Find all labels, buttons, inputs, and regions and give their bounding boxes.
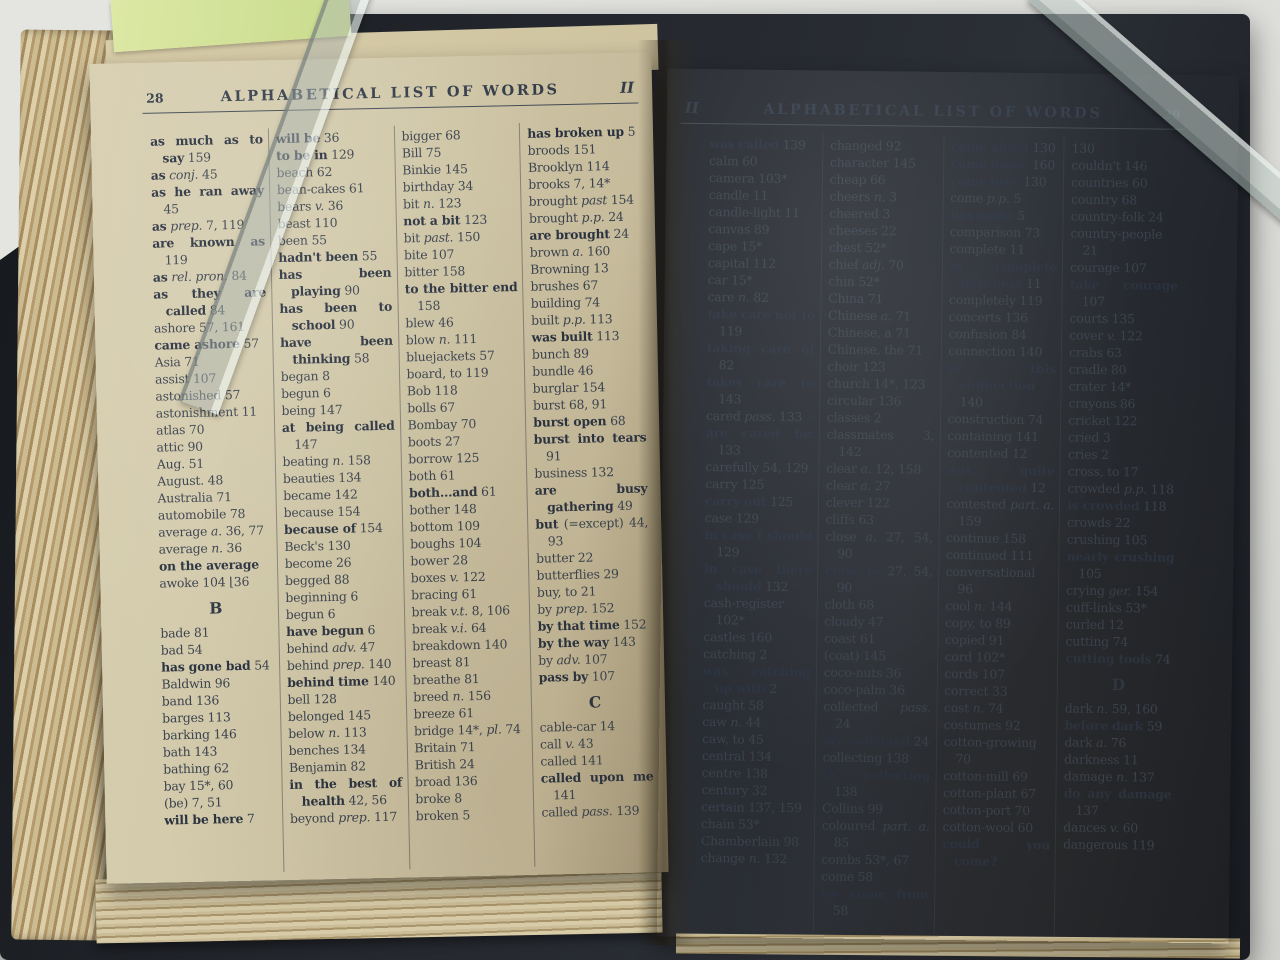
word-entry: calm 60: [709, 152, 817, 170]
word-entry: nearly crushing 105: [1066, 547, 1174, 582]
word-entry: could you come?: [942, 835, 1050, 870]
word-entry: behind time 140: [287, 672, 400, 691]
word-entry: cotton-wool 60: [942, 818, 1050, 836]
word-entry: on the average: [159, 555, 272, 574]
word-entry: damage n. 137: [1064, 767, 1172, 785]
word-entry: we come from 58: [821, 884, 929, 919]
word-entry: takes care to 143: [706, 373, 814, 408]
word-entry: called pass. 139: [541, 801, 654, 820]
word-entry: caught 58: [702, 696, 810, 714]
word-entry: come 58: [821, 867, 929, 885]
word-entry: dangerous 119: [1063, 835, 1171, 853]
word-entry: cared pass. 133: [706, 407, 814, 425]
word-entry: cotton-plant 67: [943, 784, 1051, 802]
word-entry: camera 103*: [709, 169, 817, 187]
word-entry: country-folk 24: [1071, 207, 1179, 225]
word-entry: circular 136: [827, 392, 935, 410]
word-entry: dark n. 59, 160: [1065, 699, 1173, 717]
left-page-columns: as much as to say 159as conj. 45as he ra…: [143, 120, 660, 874]
word-entry: copy, to 89: [945, 614, 1053, 632]
word-entry: church 14*, 123: [827, 375, 935, 393]
word-entry: character 145: [830, 154, 938, 172]
word-column: changed 92character 145cheap 66cheers n.…: [814, 134, 944, 933]
word-entry: but (=except) 44, 93: [535, 513, 648, 549]
word-entry: crayons 86: [1068, 394, 1176, 412]
word-entry: Chinese, the 71: [828, 341, 936, 359]
word-entry: awoke 104 ⌊36: [159, 572, 272, 591]
section-header: C: [539, 688, 652, 716]
word-entry: countries 60: [1071, 173, 1179, 191]
word-column: has broken up 5broods 151Brooklyn 114bro…: [520, 120, 660, 866]
word-entry: China 71: [828, 290, 936, 308]
word-entry: cotton-port 70: [943, 801, 1051, 819]
word-entry: was catching up with 2: [703, 662, 811, 697]
word-entry: construction 74: [947, 410, 1055, 428]
word-entry: cotton-mill 69: [943, 767, 1051, 785]
word-entry: century 32: [701, 781, 809, 799]
word-entry: because of 154: [284, 519, 397, 538]
word-entry: crater 14*: [1069, 377, 1177, 395]
word-entry: couldn't 146: [1071, 156, 1179, 174]
section-header: B: [160, 594, 273, 622]
word-entry: close a. 27, 54, 90: [825, 528, 933, 563]
word-entry: take courage 107: [1070, 275, 1178, 310]
word-entry: certain 137, 159: [701, 798, 809, 816]
word-entry: comparison 73: [950, 223, 1058, 241]
word-entry: cries 2: [1068, 445, 1176, 463]
word-entry: cords 107: [944, 665, 1052, 683]
word-entry: crowds 22: [1067, 513, 1175, 531]
word-entry: as much as to say 159: [150, 130, 263, 166]
left-part-numeral: II: [578, 79, 634, 98]
word-entry: in this connection 140: [948, 359, 1056, 411]
word-entry: change n. 132: [701, 849, 809, 867]
word-entry: courts 135: [1069, 309, 1177, 327]
word-entry: carefully 54, 129: [705, 458, 813, 476]
word-entry: cuff-links 53*: [1066, 598, 1174, 616]
word-entry: cloudy 47: [824, 612, 932, 630]
word-entry: castles 160: [703, 628, 811, 646]
word-entry: coast 61: [824, 629, 932, 647]
word-entry: come home 160: [951, 155, 1059, 173]
word-entry: candle 11: [709, 186, 817, 204]
word-entry: carry 125: [705, 475, 813, 493]
word-entry: are collected 24: [823, 731, 931, 749]
word-entry: taking care of 82: [707, 339, 815, 374]
word-entry: capital 112: [708, 254, 816, 272]
word-entry: cheeses 22: [829, 222, 937, 240]
word-entry: cliffs 63: [825, 511, 933, 529]
word-entry: coloured part. a. 85: [822, 816, 930, 851]
word-entry: are brought 24: [529, 224, 642, 243]
word-column: was called 139calm 60camera 103*candle 1…: [693, 133, 823, 932]
right-page: II ALPHABETICAL LIST OF WORDS 29 was cal…: [657, 69, 1240, 944]
word-entry: cheers n. 3: [829, 188, 937, 206]
word-entry: do any damage 137: [1063, 784, 1171, 819]
word-entry: have been thinking 58: [280, 332, 393, 368]
word-entry: was quite contented 12: [947, 461, 1055, 496]
word-entry: is crowded 118: [1067, 496, 1175, 514]
word-entry: cradle 80: [1069, 360, 1177, 378]
word-entry: connection 140: [948, 342, 1056, 360]
word-column: 130couldn't 146countries 60country 68cou…: [1055, 137, 1184, 936]
word-entry: classes 2: [827, 409, 935, 427]
word-entry: chin 52*: [828, 273, 936, 291]
word-entry: has been playing 90: [278, 264, 391, 300]
word-entry: courage 107: [1070, 258, 1178, 276]
left-page-header: 28 ALPHABETICAL LIST OF WORDS II: [142, 78, 638, 113]
word-entry: clear a. 27: [826, 477, 934, 495]
word-entry: has broken up 5: [527, 122, 640, 141]
word-entry: containing 141: [947, 427, 1055, 445]
right-page-header: II ALPHABETICAL LIST OF WORDS 29: [681, 99, 1185, 130]
word-entry: canvas 89: [708, 220, 816, 238]
word-entry: changed 92: [830, 137, 938, 155]
word-entry: cloth 68: [824, 595, 932, 613]
word-entry: completely 119: [949, 291, 1057, 309]
word-entry: clear a. 12, 158: [826, 460, 934, 478]
word-entry: cutting tools 74: [1065, 649, 1173, 667]
word-entry: complete 11: [950, 240, 1058, 258]
word-entry: confusion 84: [949, 325, 1057, 343]
word-entry: will be here 7: [164, 809, 277, 828]
word-entry: catching 2: [703, 645, 811, 663]
word-entry: average a. 36, 77: [158, 521, 271, 540]
word-entry: cover v. 122: [1069, 326, 1177, 344]
word-entry: Chamberlain 98: [701, 832, 809, 850]
word-column: will be 36to be in 129beach 62bean-cakes…: [269, 126, 410, 872]
word-entry: care n. 82: [707, 288, 815, 306]
word-entry: cheered 3: [829, 205, 937, 223]
word-entry: case 129: [705, 509, 813, 527]
word-entry: combs 53*, 67: [821, 850, 929, 868]
left-page-number: 28: [146, 90, 202, 106]
word-entry: broken 5: [416, 805, 529, 824]
word-entry: correct 33: [944, 682, 1052, 700]
word-entry: break v.t. 8, 106: [411, 601, 524, 620]
word-column: come along 130come home 160come over 130…: [934, 136, 1064, 935]
word-entry: dances v. 60: [1063, 818, 1171, 836]
word-entry: continue 158: [946, 529, 1054, 547]
word-entry: coco-palm 36: [823, 680, 931, 698]
word-entry: cost n. 74: [944, 699, 1052, 717]
word-entry: curled 12: [1066, 615, 1174, 633]
word-entry: crushing 105: [1067, 530, 1175, 548]
word-entry: continued 111: [946, 546, 1054, 564]
word-entry: called upon me 141: [541, 767, 654, 803]
word-entry: darkness 11: [1064, 750, 1172, 768]
word-entry: pass by 107: [538, 666, 651, 685]
word-entry: close to 27, 54, 90: [825, 562, 933, 597]
word-entry: Chinese a. 71: [828, 307, 936, 325]
word-entry: has gone bad 54: [161, 656, 274, 675]
word-entry: contested part. a. 159: [946, 495, 1054, 530]
word-column: bigger 68Bill 75Binkie 145birthday 34bit…: [394, 123, 535, 869]
word-entry: crying ger. 154: [1066, 581, 1174, 599]
word-entry: cord 102*: [945, 648, 1053, 666]
word-entry: conversational 96: [945, 563, 1053, 598]
word-entry: in collecting 138: [822, 765, 930, 800]
word-entry: come along 130: [951, 138, 1059, 156]
word-entry: contented 12: [947, 444, 1055, 462]
word-entry: candle-light 11: [708, 203, 816, 221]
word-entry: crowded p.p. 118: [1067, 479, 1175, 497]
word-entry: are busy gathering 49: [535, 479, 648, 515]
word-entry: cutting 74: [1066, 632, 1174, 650]
word-entry: 130: [1072, 139, 1180, 157]
word-entry: choir 123: [827, 358, 935, 376]
word-entry: costumes 92: [944, 716, 1052, 734]
word-entry: cash-register 102*: [703, 594, 811, 629]
word-entry: clever 122: [826, 494, 934, 512]
word-entry: coco-nuts 36: [824, 663, 932, 681]
word-entry: are cared for 133: [706, 424, 814, 459]
word-entry: come p.p. 5: [950, 189, 1058, 207]
word-entry: cape 15*: [708, 237, 816, 255]
word-entry: was called 139: [709, 135, 817, 153]
word-entry: in case I should 129: [704, 526, 812, 561]
word-entry: chain 53*: [701, 815, 809, 833]
word-entry: Chinese, a 71: [828, 324, 936, 342]
word-entry: burst into tears 91: [534, 428, 647, 464]
word-entry: concerts 136: [949, 308, 1057, 326]
word-entry: country 68: [1071, 190, 1179, 208]
word-entry: caw, to 45: [702, 730, 810, 748]
word-entry: to the bitter end 158: [405, 278, 518, 314]
word-entry: crabs 63: [1069, 343, 1177, 361]
word-entry: has been to school 90: [279, 298, 392, 334]
right-part-numeral: II: [685, 99, 741, 118]
word-entry: carry out 125: [705, 492, 813, 510]
word-entry: central 134: [702, 747, 810, 765]
word-entry: come over 130: [950, 172, 1058, 190]
left-page-title: ALPHABETICAL LIST OF WORDS: [202, 81, 578, 106]
word-entry: Collins 99: [822, 799, 930, 817]
word-entry: cool n. 144: [945, 597, 1053, 615]
word-entry: take care not to 119: [707, 305, 815, 340]
word-entry: bridge 14*, pl. 74: [414, 720, 527, 739]
word-entry: centre 138: [702, 764, 810, 782]
word-entry: brought past 154: [529, 190, 642, 209]
word-entry: cotton-growing 70: [943, 733, 1051, 768]
word-entry: collected pass. 24: [823, 697, 931, 732]
word-entry: cried 3: [1068, 428, 1176, 446]
word-entry: in case there should 132: [704, 560, 812, 595]
book-photo: 28 ALPHABETICAL LIST OF WORDS II as much…: [0, 0, 1280, 960]
word-entry: in the best of health 42, 56: [289, 774, 402, 810]
word-entry: cross, to 17: [1068, 462, 1176, 480]
word-entry: car 15*: [708, 271, 816, 289]
right-page-columns: was called 139calm 60camera 103*candle 1…: [693, 133, 1185, 937]
section-header: D: [1065, 671, 1173, 698]
right-page-title: ALPHABETICAL LIST OF WORDS: [741, 100, 1125, 122]
word-entry: caw n. 44: [702, 713, 810, 731]
word-entry: chest 52*: [829, 239, 937, 257]
word-entry: classmates 3, 142: [826, 426, 934, 461]
word-entry: cricket 122: [1068, 411, 1176, 429]
word-entry: has come 5: [950, 206, 1058, 224]
word-entry: in complete darkness 11: [949, 257, 1057, 292]
word-entry: before dark 59: [1064, 716, 1172, 734]
word-entry: copied 91: [945, 631, 1053, 649]
word-entry: chief adj. 70: [829, 256, 937, 274]
word-entry: at being called 147: [282, 417, 395, 453]
word-entry: country-people 21: [1070, 224, 1178, 259]
word-entry: beyond prep. 117: [290, 808, 403, 827]
word-entry: dark a. 76: [1064, 733, 1172, 751]
word-entry: by the way 143: [538, 632, 651, 651]
word-entry: cheap 66: [830, 171, 938, 189]
word-entry: (coat) 145: [824, 646, 932, 664]
word-entry: collecting 138: [823, 748, 931, 766]
left-page: 28 ALPHABETICAL LIST OF WORDS II as much…: [89, 52, 668, 884]
